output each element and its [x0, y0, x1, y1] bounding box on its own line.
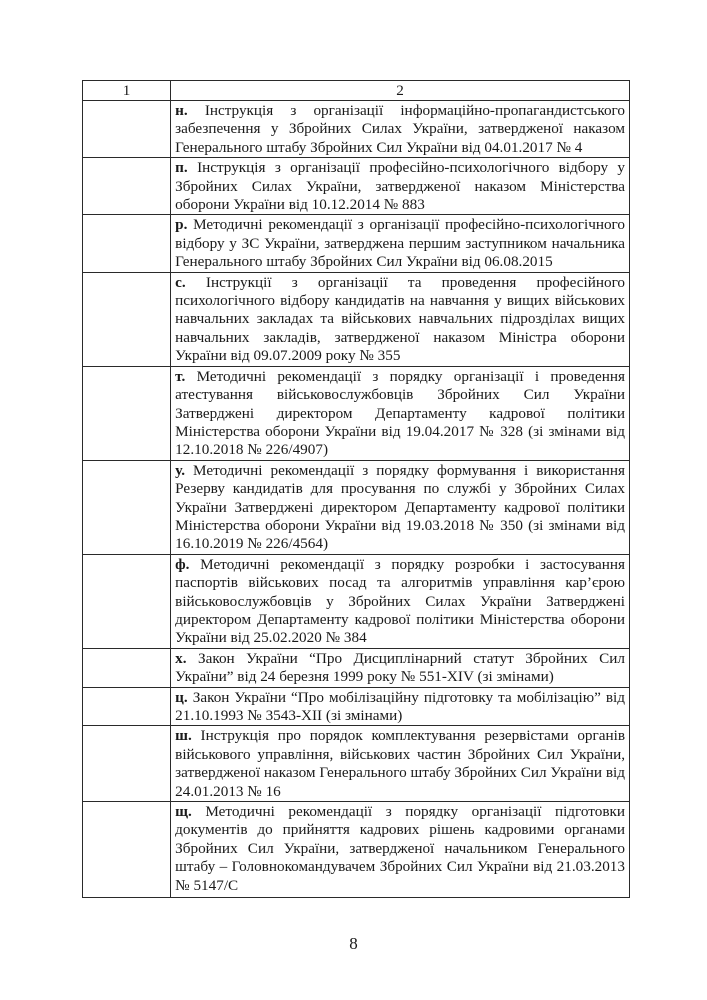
- row-number-cell: [83, 366, 171, 460]
- entry-letter: у.: [175, 462, 185, 479]
- row-number-cell: [83, 554, 171, 648]
- entry-letter: щ.: [175, 803, 192, 820]
- entry-text: Методичні рекомендації з організації про…: [175, 216, 625, 270]
- row-number-cell: [83, 272, 171, 366]
- table-row: ф. Методичні рекомендації з порядку розр…: [83, 554, 630, 648]
- row-number-cell: [83, 158, 171, 215]
- entry-text: Інструкція про порядок комплектування ре…: [175, 727, 625, 799]
- entry-text: Інструкції з організації та проведення п…: [175, 274, 625, 365]
- table-row: у. Методичні рекомендації з порядку форм…: [83, 460, 630, 554]
- entry-text: Методичні рекомендації з порядку організ…: [175, 803, 625, 894]
- entry-text: Методичні рекомендації з порядку розробк…: [175, 556, 625, 647]
- table-row: х. Закон України “Про Дисциплінарний ста…: [83, 648, 630, 687]
- reference-entry-cell: п. Інструкція з організації професійно-п…: [171, 158, 630, 215]
- entry-text: Закон України “Про мобілізаційну підгото…: [175, 689, 625, 724]
- table-row: ц. Закон України “Про мобілізаційну підг…: [83, 687, 630, 726]
- column-header-2: 2: [171, 81, 630, 101]
- table-row: ш. Інструкція про порядок комплектування…: [83, 726, 630, 802]
- reference-entry-cell: ф. Методичні рекомендації з порядку розр…: [171, 554, 630, 648]
- table-row: т. Методичні рекомендації з порядку орга…: [83, 366, 630, 460]
- reference-entry-cell: н. Інструкція з організації інформаційно…: [171, 101, 630, 158]
- table-row: п. Інструкція з організації професійно-п…: [83, 158, 630, 215]
- reference-entry-cell: ш. Інструкція про порядок комплектування…: [171, 726, 630, 802]
- reference-entry-cell: х. Закон України “Про Дисциплінарний ста…: [171, 648, 630, 687]
- entry-text: Закон України “Про Дисциплінарний статут…: [175, 650, 625, 685]
- entry-letter: ш.: [175, 727, 192, 744]
- reference-entry-cell: р. Методичні рекомендації з організації …: [171, 215, 630, 272]
- entry-text: Методичні рекомендації з порядку організ…: [175, 368, 625, 459]
- reference-entry-cell: у. Методичні рекомендації з порядку форм…: [171, 460, 630, 554]
- entry-letter: с.: [175, 274, 186, 291]
- table-row: с. Інструкції з організації та проведенн…: [83, 272, 630, 366]
- entry-text: Інструкція з організації інформаційно-пр…: [175, 102, 625, 156]
- page-number: 8: [0, 934, 707, 954]
- row-number-cell: [83, 101, 171, 158]
- table-row: р. Методичні рекомендації з організації …: [83, 215, 630, 272]
- row-number-cell: [83, 460, 171, 554]
- table-body: н. Інструкція з організації інформаційно…: [83, 101, 630, 898]
- entry-letter: р.: [175, 216, 187, 233]
- entry-text: Методичні рекомендації з порядку формува…: [175, 462, 625, 553]
- reference-entry-cell: ц. Закон України “Про мобілізаційну підг…: [171, 687, 630, 726]
- entry-letter: х.: [175, 650, 186, 667]
- row-number-cell: [83, 726, 171, 802]
- row-number-cell: [83, 648, 171, 687]
- entry-letter: п.: [175, 159, 188, 176]
- table-row: щ. Методичні рекомендації з порядку орга…: [83, 802, 630, 898]
- entry-letter: н.: [175, 102, 188, 119]
- row-number-cell: [83, 687, 171, 726]
- reference-entry-cell: с. Інструкції з організації та проведенн…: [171, 272, 630, 366]
- row-number-cell: [83, 802, 171, 898]
- reference-entry-cell: щ. Методичні рекомендації з порядку орга…: [171, 802, 630, 898]
- legal-references-table: 1 2 н. Інструкція з організації інформац…: [82, 80, 630, 898]
- row-number-cell: [83, 215, 171, 272]
- entry-letter: ц.: [175, 689, 188, 706]
- entry-letter: т.: [175, 368, 185, 385]
- column-header-1: 1: [83, 81, 171, 101]
- table-row: н. Інструкція з організації інформаційно…: [83, 101, 630, 158]
- reference-entry-cell: т. Методичні рекомендації з порядку орга…: [171, 366, 630, 460]
- table-header-row: 1 2: [83, 81, 630, 101]
- entry-letter: ф.: [175, 556, 189, 573]
- entry-text: Інструкція з організації професійно-псих…: [175, 159, 625, 213]
